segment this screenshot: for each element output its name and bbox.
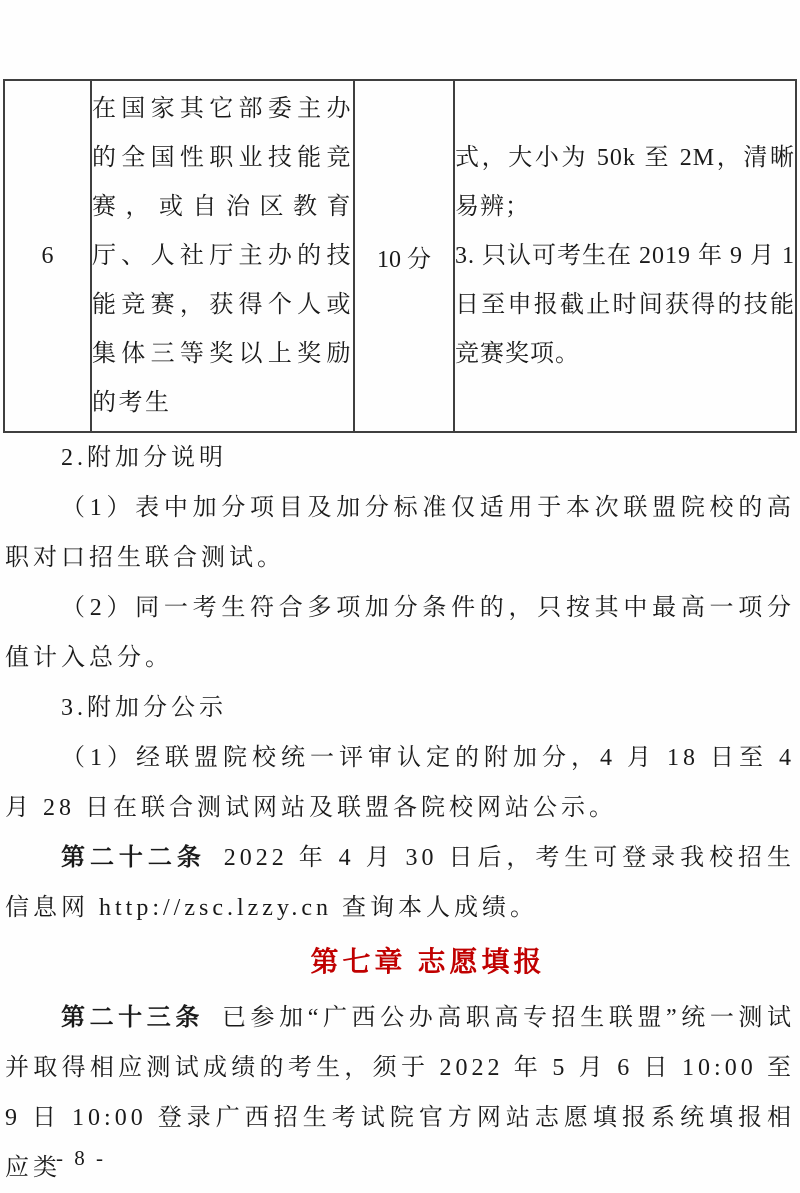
note-continuation: 式，大小为 50k 至 2M，清晰易辨；	[455, 134, 795, 232]
notes-cell: 式，大小为 50k 至 2M，清晰易辨； 3. 只认可考生在 2019 年 9 …	[454, 80, 796, 432]
paragraph-bonus-explanation-title: 2.附加分说明	[5, 433, 795, 483]
row-number-cell: 6	[4, 80, 91, 432]
paragraph-bonus-explanation-1: （1）表中加分项目及加分标准仅适用于本次联盟院校的高职对口招生联合测试。	[5, 483, 795, 583]
paragraph-bonus-publicity-title: 3.附加分公示	[5, 683, 795, 733]
paragraph-article-22: 第二十二条2022 年 4 月 30 日后，考生可登录我校招生信息网 http:…	[5, 833, 795, 933]
paragraph-bonus-explanation-2: （2）同一考生符合多项加分条件的，只按其中最高一项分值计入总分。	[5, 583, 795, 683]
note-item-3: 3. 只认可考生在 2019 年 9 月 1 日至申报截止时间获得的技能竞赛奖项…	[455, 232, 795, 379]
document-page: 6 在国家其它部委主办的全国性职业技能竞赛，或自治区教育厅、人社厅主办的技能竞赛…	[0, 0, 800, 1193]
score-cell: 10 分	[354, 80, 454, 432]
article-23-label: 第二十三条	[61, 1005, 222, 1031]
page-number: - 8 -	[56, 1146, 106, 1171]
article-22-label: 第二十二条	[61, 845, 224, 871]
article-23-text: 已参加“广西公办高职高专招生联盟”统一测试并取得相应测试成绩的考生，须于 202…	[5, 1005, 795, 1181]
criteria-cell: 在国家其它部委主办的全国性职业技能竞赛，或自治区教育厅、人社厅主办的技能竞赛，获…	[91, 80, 354, 432]
bonus-points-table: 6 在国家其它部委主办的全国性职业技能竞赛，或自治区教育厅、人社厅主办的技能竞赛…	[3, 79, 797, 433]
paragraph-bonus-publicity-1: （1）经联盟院校统一评审认定的附加分，4 月 18 日至 4 月 28 日在联合…	[5, 733, 795, 833]
paragraph-article-23: 第二十三条已参加“广西公办高职高专招生联盟”统一测试并取得相应测试成绩的考生，须…	[5, 993, 795, 1193]
table-row: 6 在国家其它部委主办的全国性职业技能竞赛，或自治区教育厅、人社厅主办的技能竞赛…	[4, 80, 796, 432]
chapter-heading: 第七章 志愿填报	[5, 933, 795, 993]
body-text: 2.附加分说明 （1）表中加分项目及加分标准仅适用于本次联盟院校的高职对口招生联…	[0, 433, 800, 1193]
